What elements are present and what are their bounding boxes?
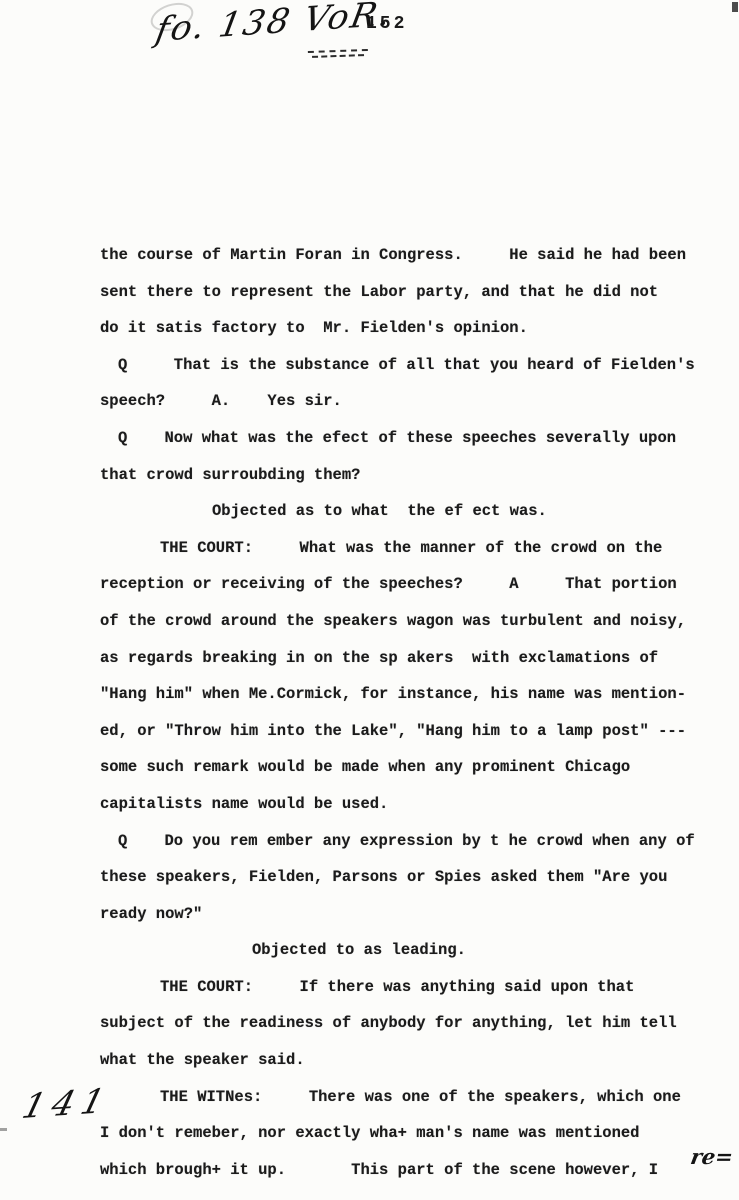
transcript-line: of the crowd around the speakers wagon w…	[100, 603, 715, 640]
transcript-line: speech? A. Yes sir.	[100, 383, 715, 420]
transcript-line: Objected to as leading.	[100, 932, 715, 969]
transcript-line: "Hang him" when Me.Cormick, for instance…	[100, 676, 715, 713]
handwritten-folio-note: fo. 138 VoR.	[153, 0, 396, 50]
transcript-line: Q Now what was the efect of these speech…	[100, 420, 715, 457]
transcript-line: these speakers, Fielden, Parsons or Spie…	[100, 859, 715, 896]
transcript-line: THE COURT: If there was anything said up…	[100, 969, 715, 1006]
transcript-line: Q Do you rem ember any expression by t h…	[100, 823, 715, 860]
handwritten-line-continuation: re=	[689, 1144, 735, 1169]
transcript-body: the course of Martin Foran in Congress. …	[100, 237, 715, 1188]
transcript-line: THE WITNes: There was one of the speaker…	[100, 1079, 715, 1116]
folio-underline	[308, 49, 368, 61]
transcript-line: do it satis factory to Mr. Fielden's opi…	[100, 310, 715, 347]
transcript-line: the course of Martin Foran in Congress. …	[100, 237, 715, 274]
transcript-line: sent there to represent the Labor party,…	[100, 274, 715, 311]
typed-page-number: 152	[366, 14, 407, 34]
transcript-line: THE COURT: What was the manner of the cr…	[100, 530, 715, 567]
transcript-line: reception or receiving of the speeches? …	[100, 566, 715, 603]
transcript-line: capitalists name would be used.	[100, 786, 715, 823]
transcript-line: subject of the readiness of anybody for …	[100, 1005, 715, 1042]
scanned-transcript-page: fo. 138 VoR. 152 the course of Martin Fo…	[0, 0, 739, 1200]
transcript-line: Objected as to what the ef ect was.	[100, 493, 715, 530]
transcript-line: which brough+ it up. This part of the sc…	[100, 1152, 715, 1189]
handwritten-margin-number: 141	[18, 1081, 116, 1127]
transcript-line: as regards breaking in on the sp akers w…	[100, 640, 715, 677]
page-edge-dot	[0, 1128, 7, 1131]
transcript-line: that crowd surroubding them?	[100, 457, 715, 494]
transcript-line: I don't remeber, nor exactly wha+ man's …	[100, 1115, 715, 1152]
transcript-line: ready now?"	[100, 896, 715, 933]
transcript-line: ed, or "Throw him into the Lake", "Hang …	[100, 713, 715, 750]
transcript-line: Q That is the substance of all that you …	[100, 347, 715, 384]
transcript-line: some such remark would be made when any …	[100, 749, 715, 786]
transcript-line: what the speaker said.	[100, 1042, 715, 1079]
page-edge-mark	[732, 2, 738, 12]
